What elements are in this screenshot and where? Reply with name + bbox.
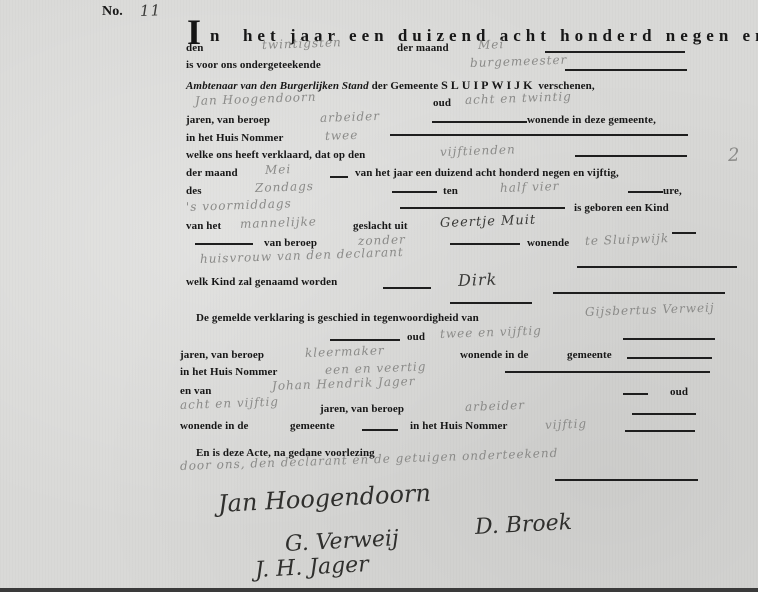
rule <box>628 191 663 193</box>
label-oud-2: oud <box>407 331 425 343</box>
page-bottom-edge <box>0 588 758 592</box>
label-en-van: en van <box>180 385 211 397</box>
label-van-het-jaar: van het jaar een duizend acht honderd ne… <box>355 167 619 179</box>
rule <box>627 357 712 359</box>
rule <box>632 413 696 415</box>
hw-month: Mei <box>478 37 505 52</box>
label-welke-ons: welke ons heeft verklaard, dat op den <box>186 149 365 161</box>
rule <box>330 339 400 341</box>
signature-witness1: G. Verweij <box>284 526 399 557</box>
rule <box>450 243 520 245</box>
rule <box>195 243 253 245</box>
rule <box>362 429 398 431</box>
hw-child-name: Dirk <box>458 270 498 290</box>
hw-mother: Geertje Muit <box>440 213 537 231</box>
signature-witness2: J. H. Jager <box>254 552 369 583</box>
hw-sex: mannelijke <box>240 214 317 231</box>
signature-declarant: Jan Hoogendoorn <box>217 479 431 518</box>
hw-witness1-occupation: kleermaker <box>305 343 385 360</box>
rule <box>505 371 710 373</box>
label-oud: oud <box>433 97 451 109</box>
label-gemeente-2: gemeente <box>290 420 335 432</box>
hw-official: burgemeester <box>470 53 568 70</box>
rule <box>575 155 687 157</box>
label-wonende-in-de: wonende in de <box>460 349 529 361</box>
hw-declarant-house: twee <box>325 128 359 143</box>
label-jaren-van-beroep-3: jaren, van beroep <box>320 403 404 415</box>
rule <box>623 338 715 340</box>
act-number-value: 11 <box>140 1 162 20</box>
label-der-maand-2: der maand <box>186 167 238 179</box>
label-des: des <box>186 185 202 197</box>
label-huis-nommer-3: in het Huis Nommer <box>410 420 507 432</box>
hw-mother-residence: te Sluipwijk <box>585 231 670 248</box>
rule <box>390 134 688 136</box>
signature-official: D. Broek <box>474 510 572 540</box>
rule <box>555 479 698 481</box>
act-number-label: No. <box>102 4 123 20</box>
hw-witness2-name: Johan Hendrik Jager <box>272 374 416 393</box>
hw-declarant: Jan Hoogendoorn <box>195 90 317 108</box>
label-wonende: wonende <box>527 237 569 249</box>
rule <box>432 121 527 123</box>
municipality-name: SLUIPWIJK <box>441 78 535 92</box>
label-der-gemeente: der Gemeente <box>372 80 439 92</box>
label-oud-3: oud <box>670 386 688 398</box>
hw-witness1-first: Gijsbertus Verweij <box>585 300 715 319</box>
rule <box>625 430 695 432</box>
label-wonende-in-de-2: wonende in de <box>180 420 249 432</box>
label-is-geboren: is geboren een Kind <box>574 202 669 214</box>
rule <box>330 176 348 178</box>
rule <box>623 393 648 395</box>
label-jaren-van-beroep-2: jaren, van beroep <box>180 349 264 361</box>
hw-witness2-house: vijftig <box>545 417 588 432</box>
opening-n: n <box>210 26 224 45</box>
label-huis-nommer: in het Huis Nommer <box>186 132 283 144</box>
hw-birth-day: vijftienden <box>440 142 516 159</box>
rule <box>383 287 431 289</box>
hw-declarant-age: acht en twintig <box>465 89 572 107</box>
label-gemelde: De gemelde verklaring is geschied in teg… <box>196 312 479 324</box>
rule <box>577 266 737 268</box>
hw-witness2-occupation: arbeider <box>465 398 525 414</box>
label-der-maand: der maand <box>397 42 449 54</box>
hw-witness1-age: twee en vijftig <box>440 323 542 341</box>
label-ten: ten <box>443 185 458 197</box>
rule <box>400 207 565 209</box>
label-welk-kind: welk Kind zal genaamd worden <box>186 276 337 288</box>
hw-margin-mark: 2 <box>728 145 741 166</box>
rule <box>565 69 687 71</box>
label-huis-nommer-2: in het Huis Nommer <box>180 366 277 378</box>
rule <box>450 302 532 304</box>
label-den: den <box>186 42 203 54</box>
label-jaren-van-beroep: jaren, van beroep <box>186 114 270 126</box>
label-is-voor-ons: is voor ons ondergeteekende <box>186 59 321 71</box>
label-ure: ure, <box>663 185 682 197</box>
rule <box>672 232 696 234</box>
hw-weekday: Zondags <box>255 179 314 195</box>
label-geslacht-uit: geslacht uit <box>353 220 408 232</box>
label-gemeente: gemeente <box>567 349 612 361</box>
hw-witness2-age: acht en vijftig <box>180 395 279 412</box>
hw-relation: huisvrouw van den declarant <box>200 245 404 266</box>
hw-time: half vier <box>500 179 560 195</box>
rule <box>553 292 725 294</box>
hw-day: twintigsten <box>262 35 342 52</box>
label-van-het: van het <box>186 220 221 232</box>
rule <box>392 191 437 193</box>
hw-closing: door ons, den declarant en de getuigen o… <box>180 441 700 473</box>
label-wonende-in-deze: wonende in deze gemeente, <box>527 114 656 126</box>
hw-declarant-occupation: arbeider <box>320 109 380 125</box>
hw-period: 's voormiddags <box>186 196 292 214</box>
hw-birth-month: Mei <box>265 162 292 177</box>
